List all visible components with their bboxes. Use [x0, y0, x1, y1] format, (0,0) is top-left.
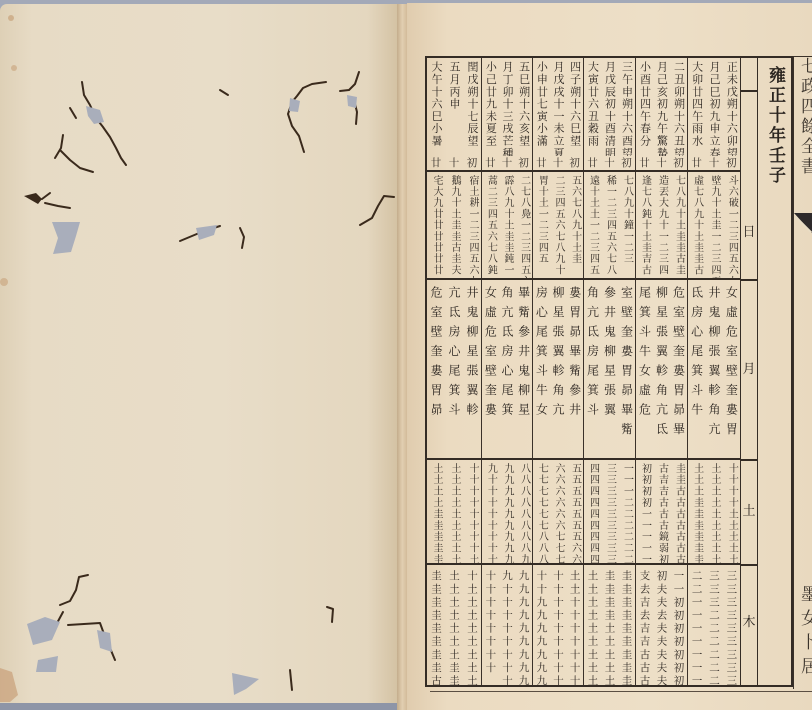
sun-cell: 七八九十土圭圭古圭 造丟大九十一二三四 逢七八鈍十土圭吉古	[635, 172, 687, 278]
cell-line: 圭圭古古古古古古古	[671, 460, 687, 563]
cell-line: 土土土土土土土土土	[706, 460, 722, 563]
cell-line: 危室壁奎婁胃昴畢	[671, 280, 687, 458]
cell-line: 鵝九十土圭圭古圭夫	[446, 172, 462, 278]
year-title-column: 雍正十年壬子	[758, 58, 791, 685]
cell-line: 井鬼柳張翼軫角亢	[706, 280, 722, 458]
cell-line: 參井鬼柳星張翼	[602, 280, 618, 458]
cell-line: 圭圭圭圭土土土土土	[602, 565, 618, 685]
cell-line: 四四四四四四四四四	[585, 460, 601, 563]
cell-line: 土土土土圭圭圭圭圭	[428, 460, 444, 563]
cell-line: 七八九十鐘一二三	[619, 172, 635, 278]
cell-line: 一一一二二二二二二	[619, 460, 635, 563]
header-line: 月丁卯十三戌芒種	[499, 58, 515, 156]
cell-line: 圭圭圭圭圭圭圭圭古	[428, 565, 444, 685]
header-line: 月戊戌十一未立夏	[550, 58, 566, 156]
cell-line: 遠十土土一二三四五	[585, 172, 601, 278]
left-page-blank	[0, 4, 399, 703]
header-line: 月己巳初九申立春	[706, 58, 722, 156]
moon-cell: 婁胃昴畢觜參井 柳星張翼軫角亢 房心尾箕斗牛女	[532, 280, 583, 458]
cell-line: 初夫夫去夫夫夫夫夫	[654, 565, 670, 685]
cell-line: 八八八八八八八八九	[516, 460, 532, 563]
sun-cell: 宿土耕一二三四五六七 鵝九十土圭圭古圭夫 宅大九廿廿廿廿廿廿	[427, 172, 481, 278]
moon-cell: 危室壁奎婁胃昴畢 柳星張翼軫角亢氐 尾箕斗牛女虛危	[635, 280, 687, 458]
saturn-cell: 八八八八八八八八九 九九九九九九九九九 九十十十十十十十十	[481, 460, 532, 563]
sub-label: 十	[604, 156, 615, 170]
header-line: 月己亥初九午驚蟄	[654, 58, 670, 156]
cell-line: 九九九九九九九九九	[499, 460, 515, 563]
header-line: 二丑卯朔十六丑望	[671, 58, 687, 156]
cell-line: 三三三三三三三三三	[723, 565, 739, 685]
cell-line: 女虛危室壁奎婁胃	[723, 280, 739, 458]
cell-line: 霹八九十土圭圭鈍一	[499, 172, 515, 278]
cell-line: 井鬼柳星張翼軫	[464, 280, 480, 458]
header-line: 大卯廿四午雨水	[689, 58, 705, 156]
sub-label: 廿	[431, 156, 442, 170]
cell-line: 二七八鳧一二三四五六	[516, 172, 532, 278]
cell-line: 十十十十十十十十十	[550, 565, 566, 685]
sub-label: 廿	[587, 156, 598, 170]
cell-line: 土土土土土土土圭圭	[446, 565, 462, 685]
cell-line: 亢氐房心尾箕斗	[446, 280, 462, 458]
header-line: 月戊辰初十酉清明	[602, 58, 618, 156]
cell-line: 虛七八九十土圭圭古	[689, 172, 705, 278]
header-line: 五月丙申	[446, 58, 462, 156]
cell-line: 蒿二三四五六七八鈍	[482, 172, 498, 278]
cell-line: 三三三三三三三三三	[602, 460, 618, 563]
cell-line: 畢觜參井鬼柳星	[516, 280, 532, 458]
spine-book-title: 七政四餘全書	[797, 57, 812, 177]
divider	[741, 459, 757, 461]
sun-cell: 五六七八九十土圭 二三四五六七八九十 胃十土一二三四五	[532, 172, 583, 278]
cell-line: 造丟大九十一二三四	[654, 172, 670, 278]
header-line: 閏戊朔十七辰望	[464, 58, 480, 156]
cell-line: 角亢氐房心尾箕	[499, 280, 515, 458]
cell-line: 二三四五六七八九十	[550, 172, 566, 278]
cell-line: 七七七七七七八八八	[533, 460, 549, 563]
cell-line: 一一初初初初初初初	[671, 565, 687, 685]
cell-line: 二二一一一一一一一	[689, 565, 705, 685]
row-label-jupiter: 木	[741, 616, 757, 630]
sub-label: 廿	[639, 156, 650, 170]
sub-label: 十	[709, 156, 720, 170]
header-line: 小申廿七寅小滿	[533, 58, 549, 156]
sun-cell: 二七八鳧一二三四五六 霹八九十土圭圭鈍一 蒿二三四五六七八鈍	[481, 172, 532, 278]
cell-line: 婁胃昴畢觜參井	[567, 280, 583, 458]
cell-line: 初初初初一一一一一	[637, 460, 653, 563]
header-line: 小己廿九未夏至	[482, 58, 498, 156]
cell-line: 十十九九九九九九九	[533, 565, 549, 685]
month-header-cell: 二丑卯朔十六丑望 月己亥初九午驚蟄 小酉廿四午春分 初 十 廿	[635, 58, 687, 170]
cell-line: 宅大九廿廿廿廿廿廿	[428, 172, 444, 278]
cell-line: 氐房心尾箕斗牛	[689, 280, 705, 458]
sub-label: 初	[569, 156, 580, 170]
moon-cell: 室壁奎婁胃昴畢觜 參井鬼柳星張翼 角亢氐房尾箕斗	[583, 280, 635, 458]
cell-line: 稀一二三四五六七八	[602, 172, 618, 278]
cell-line: 土土十十十十十十十	[567, 565, 583, 685]
cell-line: 九十十十十十十十十	[499, 565, 515, 685]
spine-bottom-text: 墨女卜居	[797, 585, 812, 681]
saturn-cell: 五五五五五五五六六 六六六六六六七七七 七七七七七七八八八	[532, 460, 583, 563]
cell-line: 室壁奎婁胃昴畢觜	[619, 280, 635, 458]
cell-line: 七八九十土圭圭古圭	[671, 172, 687, 278]
jupiter-cell: 三三三三三三三三三 三三三二二二二二二 二二一一一一一一一	[687, 565, 740, 685]
scan-background	[0, 703, 400, 710]
sub-label: 十	[656, 156, 667, 170]
saturn-cell: 十十十十土土土土土 土土土土土土土土土 土土土圭圭圭圭圭圭	[687, 460, 740, 563]
month-header-cell: 三午申朔十六酉望 月戊辰初十酉清明 大寅廿六丑穀雨 初 十 廿	[583, 58, 635, 170]
cell-line: 古吉吉古古古鏡弱初	[654, 460, 670, 563]
cell-line: 柳星張翼軫角亢氐	[654, 280, 670, 458]
saturn-cell: 一一一二二二二二二 三三三三三三三三三 四四四四四四四四四	[583, 460, 635, 563]
sub-label: 初	[726, 156, 737, 170]
cell-line: 尾箕斗牛女虛危	[637, 280, 653, 458]
sub-label: 初	[467, 156, 478, 170]
cell-line: 六六六六六六七七七	[550, 460, 566, 563]
cell-line: 逢七八鈍十土圭吉古	[637, 172, 653, 278]
bottom-frame-line	[430, 691, 812, 692]
jupiter-row: 三三三三三三三三三 三三三二二二二二二 二二一一一一一一一 一一初初初初初初初 …	[427, 565, 740, 685]
cell-line: 女虛危室壁奎婁	[482, 280, 498, 458]
cell-line: 三三三二二二二二二	[706, 565, 722, 685]
header-line: 三午申朔十六酉望	[619, 58, 635, 156]
sub-label: 十	[449, 156, 460, 170]
cell-line: 支去吉去吉吉古古古	[637, 565, 653, 685]
cell-line: 宿土耕一二三四五六七	[464, 172, 480, 278]
jupiter-cell: 一一初初初初初初初 初夫夫去夫夫夫夫夫 支去吉去吉吉古古古	[635, 565, 687, 685]
cell-line: 斗六破一二三四五六七	[723, 172, 739, 278]
cell-line: 危室壁奎婁胃昴	[428, 280, 444, 458]
cell-line: 五五五五五五五六六	[567, 460, 583, 563]
jupiter-cell: 圭圭圭圭圭圭圭圭圭 圭圭圭圭土土土土土 土土土土土土土土土	[583, 565, 635, 685]
moon-cell: 畢觜參井鬼柳星 角亢氐房心尾箕 女虛危室壁奎婁	[481, 280, 532, 458]
moon-cell: 井鬼柳星張翼軫 亢氐房心尾箕斗 危室壁奎婁胃昴	[427, 280, 481, 458]
moon-row: 女虛危室壁奎婁胃 井鬼柳張翼軫角亢 氐房心尾箕斗牛 危室壁奎婁胃昴畢 柳星張翼軫…	[427, 280, 740, 460]
saturn-row: 十十十十土土土土土 土土土土土土土土土 土土土圭圭圭圭圭圭 圭圭古古古古古古古 …	[427, 460, 740, 565]
divider	[741, 279, 757, 281]
sub-label: 廿	[485, 156, 496, 170]
header-line: 大午十六巳小暑	[428, 58, 444, 156]
saturn-cell: 十十十十十十十十土 土土土土土土土土土 土土土土圭圭圭圭圭	[427, 460, 481, 563]
cell-line: 角亢氐房尾箕斗	[585, 280, 601, 458]
jupiter-cell: 十土土土土土土土土 土土土土土土土圭圭 圭圭圭圭圭圭圭圭古	[427, 565, 481, 685]
sub-label: 初	[673, 156, 684, 170]
cell-line: 十十十十土土土土土	[723, 460, 739, 563]
cell-line: 房心尾箕斗牛女	[533, 280, 549, 458]
cell-line: 柳星張翼軫角亢	[550, 280, 566, 458]
cell-line: 十土土土土土土土土	[464, 565, 480, 685]
header-line: 四子朔十六巳望	[567, 58, 583, 156]
header-line: 正未戊朔十六卯望	[723, 58, 739, 156]
header-line: 大寅廿六丑穀雨	[585, 58, 601, 156]
spine-column: 七政四餘全書 墨女卜居	[793, 56, 812, 689]
sun-cell: 七八九十鐘一二三 稀一二三四五六七八 遠十土土一二三四五	[583, 172, 635, 278]
cell-line: 九九九九九九九九九	[516, 565, 532, 685]
cell-line: 十十十十十十十十	[482, 565, 498, 685]
cell-line: 圭圭圭圭圭圭圭圭圭	[619, 565, 635, 685]
cell-line: 五六七八九十土圭	[567, 172, 583, 278]
month-header-cell: 五巳朔十六亥望 月丁卯十三戌芒種 小己廿九未夏至 初 十 廿	[481, 58, 532, 170]
sun-row: 斗六破一二三四五六七 壁九十土圭一二三四五 虛七八九十土圭圭古 七八九十土圭圭古…	[427, 172, 740, 280]
sub-label: 十	[553, 156, 564, 170]
header-line: 小酉廿四午春分	[637, 58, 653, 156]
month-header-cell: 正未戊朔十六卯望 月己巳初九申立春 大卯廿四午雨水 初 十 廿	[687, 58, 740, 170]
divider	[741, 90, 757, 92]
sub-label: 廿	[691, 156, 702, 170]
cell-line: 胃十土一二三四五	[533, 172, 549, 278]
divider	[741, 564, 757, 566]
row-label-moon: 月	[741, 363, 757, 377]
sub-label: 廿	[536, 156, 547, 170]
row-label-saturn: 土	[741, 505, 757, 519]
jupiter-cell: 土土十十十十十十十 十十十十十十十十十 十十九九九九九九九	[532, 565, 583, 685]
month-header-cell: 閏戊朔十七辰望 五月丙申 大午十六巳小暑 初 十 廿	[427, 58, 481, 170]
header-line: 五巳朔十六亥望	[516, 58, 532, 156]
cell-line: 九十十十十十十十十	[482, 460, 498, 563]
sun-cell: 斗六破一二三四五六七 壁九十土圭一二三四五 虛七八九十土圭圭古	[687, 172, 740, 278]
jupiter-cell: 九九九九九九九九九 九十十十十十十十十 十十十十十十十十	[481, 565, 532, 685]
moon-cell: 女虛危室壁奎婁胃 井鬼柳張翼軫角亢 氐房心尾箕斗牛	[687, 280, 740, 458]
cell-line: 十十十十十十十十土	[464, 460, 480, 563]
year-title: 雍正十年壬子	[765, 66, 785, 186]
cell-line: 土土土土土土土土土	[585, 565, 601, 685]
ephemeris-table: 正未戊朔十六卯望 月己巳初九申立春 大卯廿四午雨水 初 十 廿 二丑卯朔十六丑望…	[425, 56, 793, 687]
month-header-row: 正未戊朔十六卯望 月己巳初九申立春 大卯廿四午雨水 初 十 廿 二丑卯朔十六丑望…	[427, 58, 740, 172]
sub-label: 初	[518, 156, 529, 170]
cell-line: 土土土土土土土土土	[446, 460, 462, 563]
sub-label: 初	[621, 156, 632, 170]
month-header-cell: 四子朔十六巳望 月戊戌十一未立夏 小申廿七寅小滿 初 十 廿	[532, 58, 583, 170]
row-label-column: 日 月 土 木	[740, 58, 758, 685]
sub-label: 十	[502, 156, 513, 170]
row-label-sun: 日	[741, 226, 757, 240]
saturn-cell: 圭圭古古古古古古古 古吉吉古古古鏡弱初 初初初初一一一一一	[635, 460, 687, 563]
cell-line: 土土土圭圭圭圭圭圭	[689, 460, 705, 563]
cell-line: 壁九十土圭一二三四五	[706, 172, 722, 278]
